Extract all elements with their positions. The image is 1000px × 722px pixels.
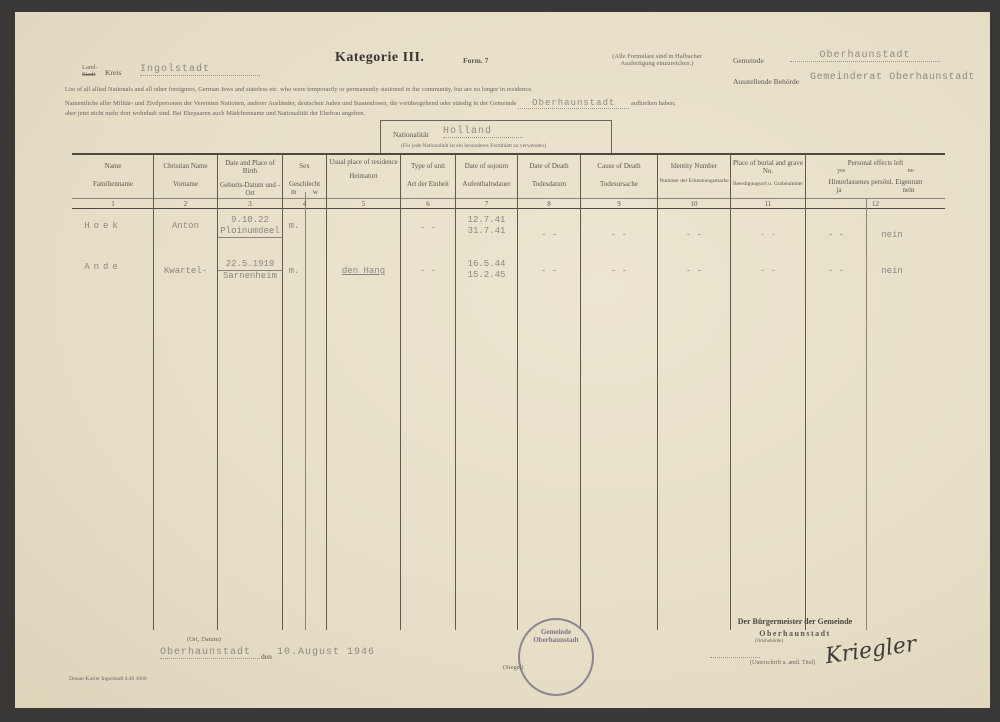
- row-2-birth: 22.5.1919 Sarnenheim: [218, 259, 282, 282]
- kreis-value: Ingolstadt: [140, 64, 260, 76]
- den-label: den: [261, 652, 272, 661]
- col-header-9: Cause of Death Todesursache 9: [581, 162, 657, 188]
- col-12-yes: yes: [837, 167, 845, 175]
- signature-label: (Unterschrift u. amtl. Titel): [750, 660, 815, 666]
- land-stadt-label: Land- Stadt: [82, 64, 98, 78]
- nationality-note: (Für jede Nationalität ist ein besondere…: [401, 143, 546, 149]
- col-divider-effects-split: [866, 198, 867, 630]
- nationality-box: Nationalität Holland (Für jede Nationali…: [380, 120, 612, 154]
- row-1-unit: - -: [401, 223, 455, 234]
- row-2-sojourn-from: 16.5.44: [456, 259, 517, 270]
- ausstellende-value: Gemeinderat Oberhaunstadt: [810, 72, 975, 83]
- col-12-no: no: [908, 167, 914, 175]
- col-4-w: w: [313, 188, 318, 196]
- col-divider-11: [805, 154, 806, 630]
- col-6-de: Art der Einheit: [401, 180, 455, 188]
- col-1-de: Familienname: [73, 180, 153, 188]
- intro-line-2: Namentliche aller Militär- und Zivilpers…: [65, 98, 676, 108]
- intro-line-1: List of all allied Nationals and all oth…: [65, 86, 925, 93]
- col-9-en: Cause of Death: [581, 162, 657, 170]
- col-6-num: 6: [401, 200, 455, 208]
- header-num-divider: [72, 198, 945, 199]
- col-12-de: Hinterlassenes persönl. Eigentum: [806, 178, 945, 186]
- col-divider-8: [580, 154, 581, 630]
- col-10-num: 10: [658, 200, 730, 208]
- printer-note: Donau-Kurier Ingolstadt 4.46 1000: [69, 676, 147, 682]
- siegel-label: (Siegel): [503, 664, 524, 671]
- col-5-num: 5: [327, 200, 400, 208]
- col-12-en: Personal effects left: [806, 159, 945, 167]
- col-8-num: 8: [518, 200, 580, 208]
- row-1-sojourn-to: 31.7.41: [456, 226, 517, 237]
- col-2-de: Vorname: [154, 180, 217, 188]
- col-6-en: Type of unit: [401, 162, 455, 170]
- col-header-2: Christian Name Vorname 2: [154, 162, 217, 188]
- row-1-first-name: Anton: [154, 221, 217, 232]
- row-2-death-date: - -: [518, 266, 580, 277]
- col-3-de: Geburts-Datum und -Ort: [218, 181, 282, 197]
- mayor-title: Der Bürgermeister der Gemeinde: [725, 617, 865, 626]
- row-2-unit: - -: [401, 266, 455, 277]
- land-label: Land-: [82, 64, 98, 71]
- row-1-sojourn-from: 12.7.41: [456, 215, 517, 226]
- col-header-4: Sex Geschlecht m w 4: [283, 162, 326, 196]
- ort-datum-label: (Ort, Datum): [187, 636, 221, 643]
- row-2-sojourn: 16.5.44 15.2.45: [456, 259, 517, 281]
- row-1-birth: 9.10.22 Ploinumdeel: [218, 215, 282, 238]
- col-10-de: Nummer der Erkennungsmarke: [658, 178, 730, 184]
- mayor-sub: (Ortsbehörde): [755, 639, 783, 644]
- row-1-sex: m.: [283, 221, 305, 232]
- forms-note: (Alle Formulare sind in Halbacher Ausfer…: [597, 53, 717, 67]
- row-1-identity: - -: [658, 230, 730, 241]
- col-7-en: Date of sojourn: [456, 162, 517, 170]
- col-9-de: Todesursache: [581, 180, 657, 188]
- category-title: Kategorie III.: [335, 50, 424, 66]
- col-4-de: Geschlecht: [283, 180, 326, 188]
- form-number: Form. 7: [463, 56, 488, 65]
- row-2-identity: - -: [658, 266, 730, 277]
- row-2-death-cause: - -: [581, 266, 657, 277]
- intro-line-3: aber jetzt nicht mehr dort wohnhaft sind…: [65, 110, 365, 117]
- row-2-sojourn-to: 15.2.45: [456, 270, 517, 281]
- row-2-birth-date: 22.5.1919: [218, 259, 282, 271]
- col-2-num: 2: [154, 200, 217, 208]
- signature-line: [710, 657, 760, 658]
- col-header-6: Type of unit Art der Einheit 6: [401, 162, 455, 188]
- stadt-label: Stadt: [82, 71, 98, 78]
- col-4-m: m: [291, 188, 296, 196]
- col-12-yes-no: yes no: [806, 167, 945, 175]
- col-4-num: 4: [283, 200, 326, 208]
- row-2-sex: m.: [283, 266, 305, 277]
- row-2-first-name: Kwartel-: [154, 266, 217, 277]
- col-divider-10: [730, 154, 731, 630]
- col-3-num: 3: [218, 200, 282, 208]
- col-divider-9: [657, 154, 658, 630]
- col-8-de: Todesdatum: [518, 180, 580, 188]
- gemeinde-value: Oberhaunstadt: [790, 50, 940, 62]
- row-1-death-date: - -: [518, 230, 580, 241]
- col-header-3: Date and Place of Birth Geburts-Datum un…: [218, 159, 282, 197]
- row-1-sojourn: 12.7.41 31.7.41: [456, 215, 517, 237]
- col-10-en: Identity Number: [658, 162, 730, 170]
- row-2-residence: den Hang: [327, 266, 400, 277]
- row-1-burial: - -: [731, 230, 805, 241]
- row-2-effects-ja: - -: [806, 266, 866, 277]
- row-1-death-cause: - -: [581, 230, 657, 241]
- col-divider-7: [517, 154, 518, 630]
- col-3-en: Date and Place of Birth: [218, 159, 282, 175]
- row-1-effects-nein: nein: [867, 230, 917, 241]
- col-12-nein: nein: [902, 186, 914, 194]
- stamp-text: Gemeinde Oberhaunstadt: [528, 628, 584, 644]
- col-header-11: Place of burial and grave No. Beerdigung…: [731, 159, 805, 187]
- col-12-ja: ja: [836, 186, 841, 194]
- col-2-en: Christian Name: [154, 162, 217, 170]
- kreis-label: Kreis: [105, 68, 121, 77]
- col-1-num: 1: [73, 200, 153, 208]
- place-value: Oberhaunstadt: [160, 647, 260, 659]
- intro-line-2-text: Namentliche aller Militär- und Zivilpers…: [65, 100, 517, 107]
- col-7-num: 7: [456, 200, 517, 208]
- col-header-10: Identity Number Nummer der Erkennungsmar…: [658, 162, 730, 184]
- mayor-municipality: Oberhaunstadt: [725, 629, 865, 638]
- col-header-1: Name Familienname 1: [73, 162, 153, 188]
- col-12-num: 12: [806, 200, 945, 208]
- row-2-family-name: Ande: [73, 262, 133, 273]
- intro-line-2-end: aufhielten haben,: [631, 100, 676, 107]
- row-1-family-name: Hoek: [73, 221, 133, 232]
- col-11-num: 11: [731, 200, 805, 208]
- col-1-en: Name: [73, 162, 153, 170]
- col-4-en: Sex: [283, 162, 326, 170]
- col-5-de: Heimatort: [327, 172, 400, 180]
- row-1-effects-ja: - -: [806, 230, 866, 241]
- col-divider-4: [326, 154, 327, 630]
- col-11-en: Place of burial and grave No.: [731, 159, 805, 175]
- col-header-8: Date of Death Todesdatum 8: [518, 162, 580, 188]
- date-value: 10.August 1946: [277, 647, 375, 658]
- col-7-de: Aufenthaltsdauer: [456, 180, 517, 188]
- row-2-burial: - -: [731, 266, 805, 277]
- sex-sub-labels: m w: [283, 188, 326, 196]
- col-11-de: Beerdigungsort u. Grabnummer: [731, 181, 805, 187]
- row-1-birth-date: 9.10.22: [218, 215, 282, 226]
- table-top-border: [72, 153, 945, 155]
- col-header-7: Date of sojourn Aufenthaltsdauer 7: [456, 162, 517, 188]
- nationality-label: Nationalität: [393, 130, 428, 139]
- col-header-5: Usual place of residence Heimatort 5: [327, 158, 400, 180]
- col-8-en: Date of Death: [518, 162, 580, 170]
- gemeinde-label: Gemeinde: [733, 56, 764, 65]
- col-header-12: Personal effects left yes no Hinterlasse…: [806, 159, 945, 194]
- col-5-en: Usual place of residence: [327, 158, 400, 166]
- col-12-ja-nein: ja nein: [806, 186, 945, 194]
- ausstellende-label: Ausstellende Behörde: [733, 77, 799, 86]
- row-1-birth-place: Ploinumdeel: [218, 226, 282, 238]
- intro-line-2-value: Oberhaunstadt: [518, 98, 629, 109]
- col-divider-sex-split: [305, 192, 306, 630]
- nationality-value: Holland: [443, 126, 523, 138]
- document-page: Kategorie III. Form. 7 (Alle Formulare s…: [15, 12, 990, 708]
- col-9-num: 9: [581, 200, 657, 208]
- row-2-effects-nein: nein: [867, 266, 917, 277]
- official-stamp: Gemeinde Oberhaunstadt: [518, 618, 594, 696]
- row-2-birth-place: Sarnenheim: [218, 271, 282, 282]
- header-bottom-border: [72, 208, 945, 209]
